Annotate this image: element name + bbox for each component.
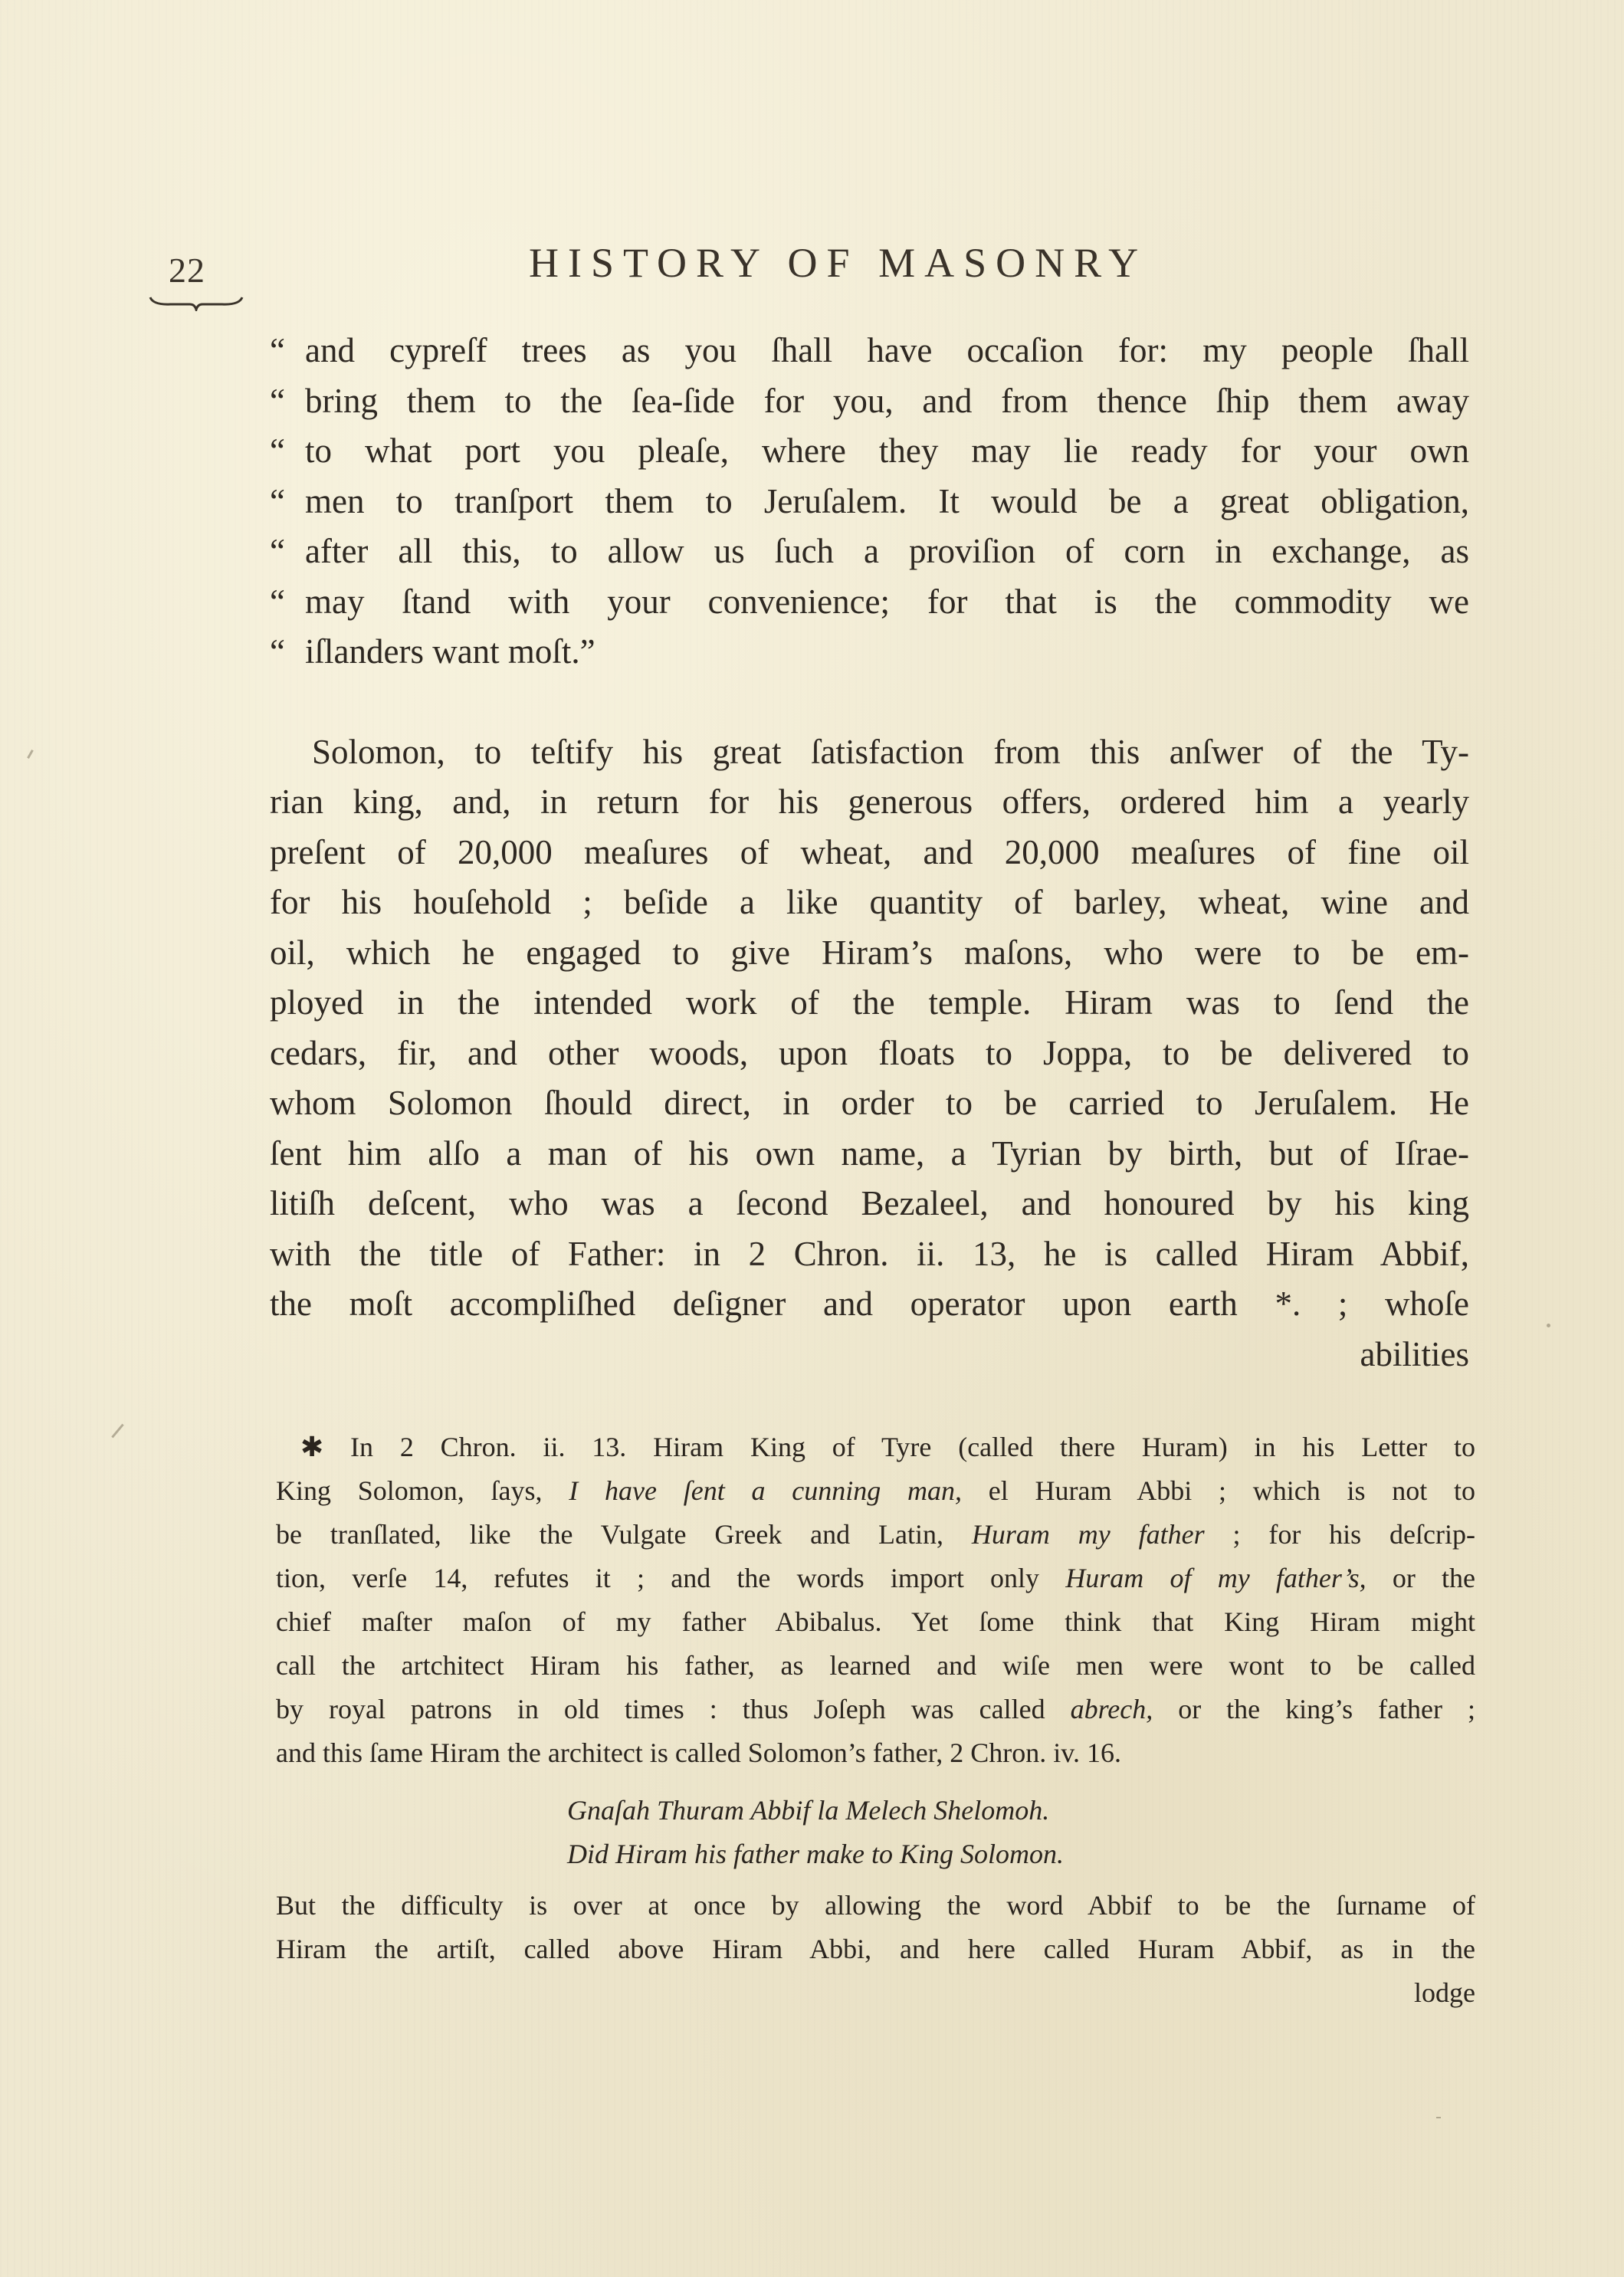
line-text: and this ſame Hiram the architect is cal… — [276, 1737, 1121, 1768]
spacer — [276, 1876, 1475, 1884]
line-text: chief maſter maſon of my father Abibalus… — [276, 1606, 1475, 1637]
paper-blemish — [111, 1424, 123, 1439]
text-line: “to what port you pleaſe, where they may… — [270, 426, 1469, 477]
paragraph-solomon: Solomon, to teſtify his great ſatisfacti… — [270, 727, 1469, 1380]
text-line: for his houſehold ; beſide a like quanti… — [270, 878, 1469, 928]
footnote-line: But the difficulty is over at once by al… — [276, 1884, 1475, 1928]
text-line: cedars, fir, and other woods, upon float… — [270, 1029, 1469, 1079]
main-text: “and cypreſf trees as you ſhall have occ… — [270, 326, 1469, 1380]
line-text: ✱ In 2 Chron. ii. 13. Hiram King of Tyre… — [300, 1432, 1475, 1462]
line-text: to what port you pleaſe, where they may … — [305, 431, 1469, 470]
running-title: HISTORY OF MASONRY — [529, 239, 1147, 287]
footnote-line: tion, verſe 14, refutes it ; and the wor… — [276, 1557, 1475, 1600]
footnote-line: Hiram the artiſt, called above Hiram Abb… — [276, 1928, 1475, 1971]
line-text: or the — [1366, 1563, 1475, 1593]
footnote-line: and this ſame Hiram the architect is cal… — [276, 1731, 1475, 1775]
paper-blemish — [1547, 1324, 1550, 1327]
footnote-line: by royal patrons in old times : thus Joſ… — [276, 1688, 1475, 1731]
text-line: whom Solomon ſhould direct, in order to … — [270, 1078, 1469, 1129]
text-line: “and cypreſf trees as you ſhall have occ… — [270, 326, 1469, 376]
footnote-line: call the artchitect Hiram his father, as… — [276, 1644, 1475, 1688]
text-line: “men to tranſport them to Jeruſalem. It … — [270, 477, 1469, 527]
footnote-catchword: lodge — [276, 1971, 1475, 2015]
footnote-line: chief maſter maſon of my father Abibalus… — [276, 1600, 1475, 1644]
italic-quote: Huram my father — [972, 1519, 1205, 1550]
quote-mark: “ — [270, 376, 305, 427]
line-text: after all this, to allow us ſuch a provi… — [305, 532, 1469, 570]
line-text: be tranſlated, like the Vulgate Greek an… — [276, 1519, 972, 1550]
text-line: “after all this, to allow us ſuch a prov… — [270, 527, 1469, 577]
text-line: oil, which he engaged to give Hiram’s ma… — [270, 928, 1469, 979]
brace-ornament-icon — [147, 294, 245, 311]
line-text: tion, verſe 14, refutes it ; and the wor… — [276, 1563, 1065, 1593]
line-text: ; for his deſcrip- — [1205, 1519, 1475, 1550]
paragraph-gap — [270, 678, 1469, 727]
text-line: preſent of 20,000 meaſures of wheat, and… — [270, 828, 1469, 878]
footnote-line: King Solomon, ſays, I have ſent a cunnin… — [276, 1469, 1475, 1513]
quote-mark: “ — [270, 577, 305, 628]
paper-blemish — [1436, 2117, 1441, 2118]
line-text: or the king’s father ; — [1153, 1694, 1475, 1724]
italic-quote: Huram of my father’s, — [1065, 1563, 1366, 1593]
quote-mark: “ — [270, 477, 305, 527]
quote-mark: “ — [270, 627, 305, 678]
spacer — [276, 1775, 1475, 1789]
text-line: litiſh deſcent, who was a ſecond Bezalee… — [270, 1179, 1469, 1229]
text-line: ployed in the intended work of the templ… — [270, 978, 1469, 1029]
line-text: King Solomon, ſays, — [276, 1475, 569, 1506]
line-text: call the artchitect Hiram his father, as… — [276, 1650, 1475, 1681]
hebrew-transliteration: Gnaſah Thuram Abbif la Melech Shelomoh. — [276, 1789, 1475, 1832]
quote-mark: “ — [270, 326, 305, 376]
quoted-letter: “and cypreſf trees as you ſhall have occ… — [270, 326, 1469, 678]
line-text: may ſtand with your convenience; for tha… — [305, 582, 1469, 621]
text-line: with the title of Father: in 2 Chron. ii… — [270, 1229, 1469, 1280]
line-text: men to tranſport them to Jeruſalem. It w… — [305, 482, 1469, 520]
footnote-line: ✱ In 2 Chron. ii. 13. Hiram King of Tyre… — [276, 1426, 1475, 1469]
footnote: ✱ In 2 Chron. ii. 13. Hiram King of Tyre… — [276, 1426, 1475, 2015]
text-line: “may ſtand with your convenience; for th… — [270, 577, 1469, 628]
line-text: and cypreſf trees as you ſhall have occa… — [305, 331, 1469, 369]
line-text: el Huram Abbi ; which is not to — [962, 1475, 1475, 1506]
text-line: “iſlanders want moſt.” — [270, 627, 1469, 678]
text-line: rian king, and, in return for his genero… — [270, 777, 1469, 828]
page-number: 22 — [169, 250, 205, 290]
italic-word: abrech, — [1071, 1694, 1153, 1724]
text-line: Solomon, to teſtify his great ſatisfacti… — [270, 727, 1469, 778]
verse-translation: Did Hiram his father make to King Solomo… — [276, 1832, 1475, 1876]
line-text: bring them to the ſea-ſide for you, and … — [305, 382, 1469, 420]
text-line: “bring them to the ſea-ſide for you, and… — [270, 376, 1469, 427]
text-line: ſent him alſo a man of his own name, a T… — [270, 1129, 1469, 1180]
catchword: abilities — [270, 1330, 1469, 1380]
text-line: the moſt accompliſhed deſigner and opera… — [270, 1279, 1469, 1330]
running-head: 22 HISTORY OF MASONRY — [0, 239, 1624, 293]
italic-quote: I have ſent a cunning man, — [569, 1475, 962, 1506]
paper-blemish — [27, 750, 34, 759]
quote-mark: “ — [270, 527, 305, 577]
footnote-line: be tranſlated, like the Vulgate Greek an… — [276, 1513, 1475, 1557]
quote-mark: “ — [270, 426, 305, 477]
line-text: by royal patrons in old times : thus Joſ… — [276, 1694, 1071, 1724]
line-text: iſlanders want moſt.” — [305, 632, 595, 671]
book-page: 22 HISTORY OF MASONRY “and cypreſf trees… — [0, 0, 1624, 2277]
